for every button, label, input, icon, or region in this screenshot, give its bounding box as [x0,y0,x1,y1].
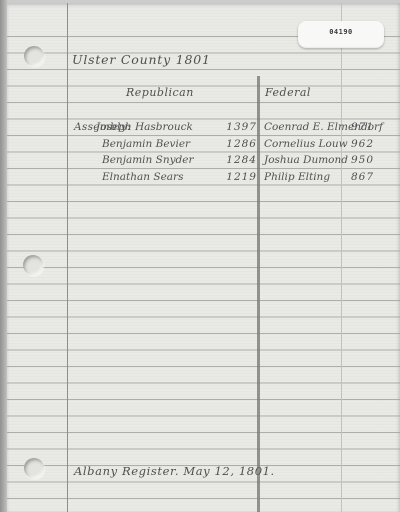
republican-votes: 1219 [226,171,257,184]
scanned-document-view: 04190 Ulster County 1801 Republican Fede… [0,0,400,512]
federal-votes: 867 [344,171,374,184]
federal-votes: 962 [344,138,374,151]
column-header-republican: Republican [126,86,194,99]
result-row: Benjamin Bevier 1286 Cornelius Louw 962 [7,138,400,152]
punch-hole-middle [23,255,43,275]
republican-votes: 1397 [226,121,257,134]
republican-candidate: Elnathan Sears [102,171,183,184]
result-row: Assembly: Joseph Hasbrouck 1397 Coenrad … [7,121,400,135]
catalog-label-sticker: 04190 [298,21,384,48]
republican-votes: 1284 [226,154,257,167]
catalog-number: 04190 [329,28,353,36]
federal-votes: 971 [344,121,374,134]
column-header-federal: Federal [265,86,311,99]
republican-candidate: Benjamin Bevier [102,138,190,151]
federal-candidate: Cornelius Louw [264,138,348,151]
federal-candidate: Joshua Dumond [264,154,348,167]
republican-votes: 1286 [226,138,257,151]
left-margin-line [67,3,68,512]
source-note: Albany Register. May 12, 1801. [74,464,275,478]
result-row: Elnathan Sears 1219 Philip Elting 867 [7,171,400,185]
right-faint-line [341,3,342,512]
republican-candidate: Joseph Hasbrouck [96,121,193,134]
federal-votes: 950 [344,154,374,167]
republican-candidate: Benjamin Snyder [102,154,193,167]
punch-hole-top [24,46,44,66]
punch-hole-bottom [24,458,44,478]
page-title: Ulster County 1801 [72,52,211,67]
federal-candidate: Philip Elting [264,171,330,184]
paper-sheet: 04190 Ulster County 1801 Republican Fede… [7,3,400,512]
result-row: Benjamin Snyder 1284 Joshua Dumond 950 [7,154,400,168]
